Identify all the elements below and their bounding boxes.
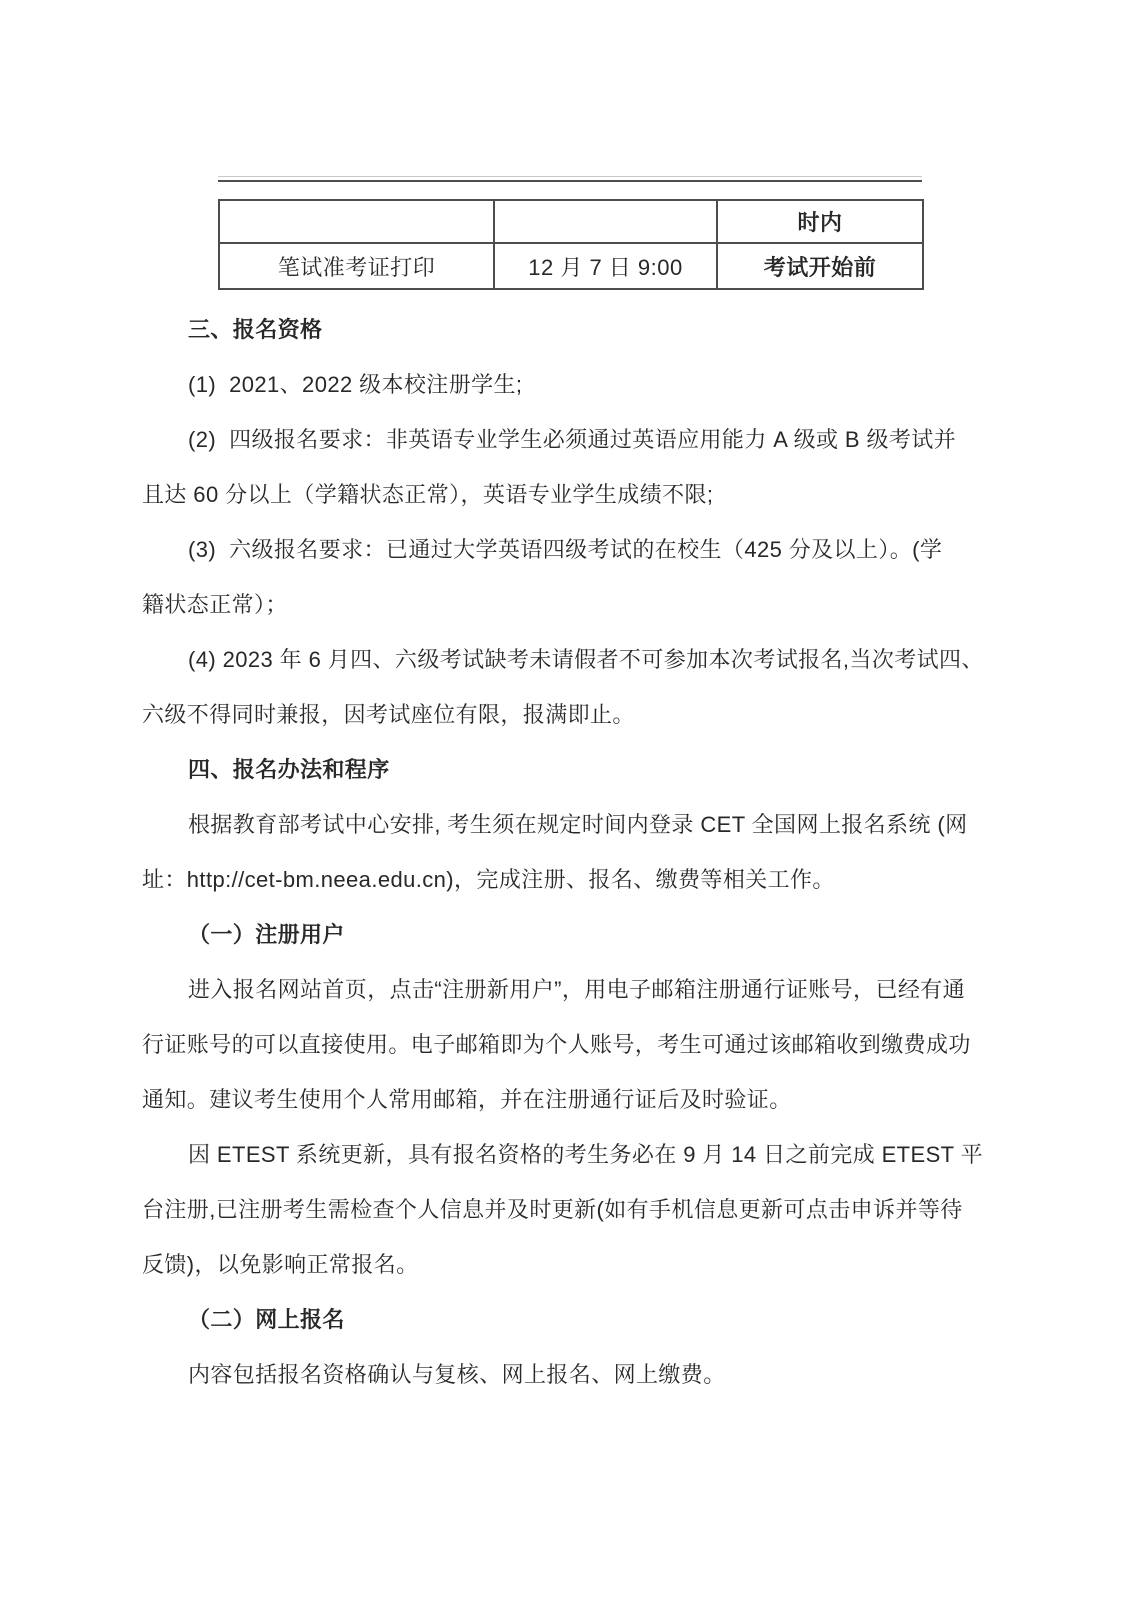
eligibility-item-4-line-2: 六级不得同时兼报，因考试座位有限，报满即止。 — [142, 687, 1014, 742]
heading-procedure: 四、报名办法和程序 — [142, 742, 1014, 797]
cell-blank-task — [219, 200, 494, 243]
table-row: 时内 — [219, 200, 923, 243]
eligibility-item-2-line-2: 且达 60 分以上（学籍状态正常），英语专业学生成绩不限; — [142, 467, 1014, 522]
heading-register-user: （一）注册用户 — [142, 907, 1014, 962]
eligibility-item-2-line-1: (2) 四级报名要求：非英语专业学生必须通过英语应用能力 A 级或 B 级考试并 — [142, 412, 1014, 467]
exam-schedule-table: 时内 笔试准考证打印 12 月 7 日 9:00 考试开始前 — [218, 199, 924, 290]
procedure-intro-line-1: 根据教育部考试中心安排, 考生须在规定时间内登录 CET 全国网上报名系统 (网 — [142, 797, 1014, 852]
register-user-line-1: 进入报名网站首页，点击“注册新用户”，用电子邮箱注册通行证账号，已经有通 — [142, 962, 1014, 1017]
etest-note-line-3: 反馈)，以免影响正常报名。 — [142, 1237, 1014, 1292]
register-user-line-2: 行证账号的可以直接使用。电子邮箱即为个人账号，考生可通过该邮箱收到缴费成功 — [142, 1017, 1014, 1072]
cell-print-time: 12 月 7 日 9:00 — [494, 243, 717, 289]
cell-blank-time — [494, 200, 717, 243]
online-registration-content: 内容包括报名资格确认与复核、网上报名、网上缴费。 — [142, 1347, 1014, 1402]
cell-print-task: 笔试准考证打印 — [219, 243, 494, 289]
register-user-line-3: 通知。建议考生使用个人常用邮箱，并在注册通行证后及时验证。 — [142, 1072, 1014, 1127]
procedure-intro-line-2: 址：http://cet-bm.neea.edu.cn)，完成注册、报名、缴费等… — [142, 852, 1014, 907]
heading-eligibility: 三、报名资格 — [142, 302, 1014, 357]
eligibility-item-3-line-1: (3) 六级报名要求：已通过大学英语四级考试的在校生（425 分及以上）。(学 — [142, 522, 1014, 577]
eligibility-item-3-line-2: 籍状态正常）； — [142, 577, 1014, 632]
table-page-break-edge-dark — [218, 180, 922, 182]
document-page: 时内 笔试准考证打印 12 月 7 日 9:00 考试开始前 三、报名资格 (1… — [0, 0, 1134, 1600]
eligibility-item-4-line-1: (4) 2023 年 6 月四、六级考试缺考未请假者不可参加本次考试报名,当次考… — [142, 632, 1014, 687]
eligibility-item-1: (1) 2021、2022 级本校注册学生; — [142, 357, 1014, 412]
etest-note-line-2: 台注册,已注册考生需检查个人信息并及时更新(如有手机信息更新可点击申诉并等待 — [142, 1182, 1014, 1237]
table-row: 笔试准考证打印 12 月 7 日 9:00 考试开始前 — [219, 243, 923, 289]
table-page-break-edge-light — [218, 176, 922, 177]
etest-note-line-1: 因 ETEST 系统更新，具有报名资格的考生务必在 9 月 14 日之前完成 E… — [142, 1127, 1014, 1182]
heading-online-registration: （二）网上报名 — [142, 1292, 1014, 1347]
cell-deadline-tail: 时内 — [717, 200, 923, 243]
document-body: 三、报名资格 (1) 2021、2022 级本校注册学生; (2) 四级报名要求… — [142, 302, 1014, 1402]
cell-print-deadline: 考试开始前 — [717, 243, 923, 289]
